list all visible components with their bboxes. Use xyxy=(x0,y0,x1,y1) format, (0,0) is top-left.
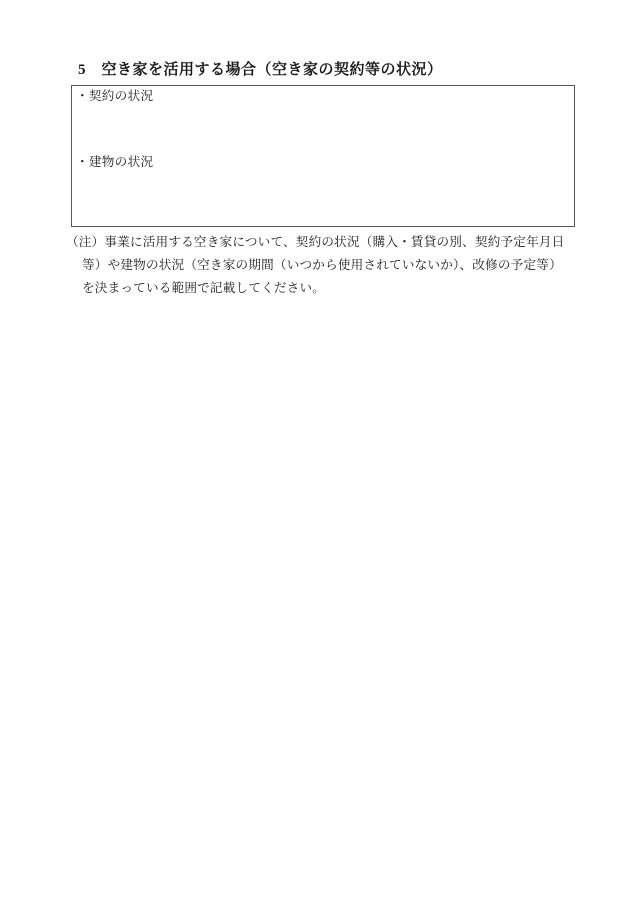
contract-status-label: ・契約の状況 xyxy=(76,89,153,103)
document-page: 5 空き家を活用する場合（空き家の契約等の状況） ・契約の状況 ・建物の状況 （… xyxy=(0,0,630,903)
vacant-house-status-box: ・契約の状況 ・建物の状況 xyxy=(71,85,575,227)
note-line: 等）や建物の状況（空き家の期間（いつから使用されていないか）、改修の予定等） xyxy=(82,258,562,273)
note-line: （注）事業に活用する空き家について、契約の状況（購入・賃貸の別、契約予定年月日 xyxy=(66,235,564,250)
section-heading: 5 空き家を活用する場合（空き家の契約等の状況） xyxy=(78,61,443,79)
building-status-label: ・建物の状況 xyxy=(76,155,153,169)
note-line: を決まっている範囲で記載してください。 xyxy=(82,281,325,296)
